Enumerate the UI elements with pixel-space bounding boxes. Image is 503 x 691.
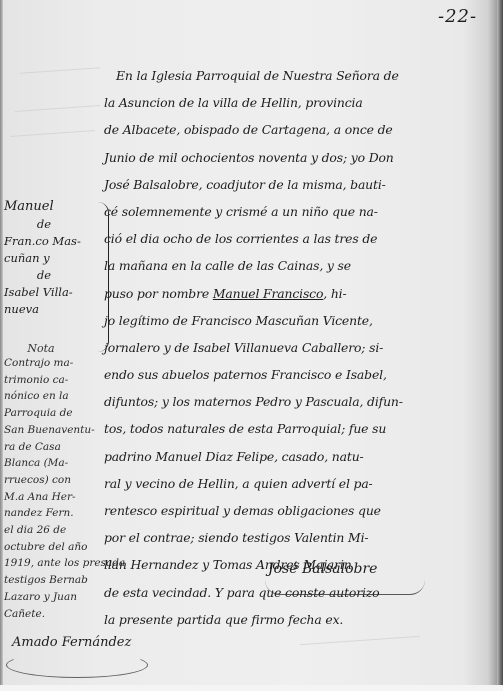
margin-note-line: testigos Bernab — [4, 572, 108, 589]
ink-bleed-through — [300, 636, 420, 645]
margin-note-line: Contrajo ma- — [4, 355, 108, 372]
page-number: -22- — [438, 6, 477, 27]
ink-bleed-through — [15, 105, 100, 112]
body-line: rentesco espiritual y demas obligaciones… — [104, 497, 496, 524]
margin-note-line: San Buenaventu- — [4, 422, 108, 439]
body-line: de Albacete, obispado de Cartagena, a on… — [104, 116, 496, 143]
margin-heading-line: cuñan y — [4, 250, 104, 267]
margin-note-line: Blanca (Ma- — [4, 455, 108, 472]
body-line: ral y vecino de Hellin, a quien advertí … — [104, 470, 496, 497]
note-signature: Amado Fernández — [12, 635, 131, 650]
margin-note-line: rruecos) con — [4, 472, 108, 489]
margin-heading-line: Isabel Villa- — [4, 284, 104, 301]
margin-note-line: trimonio ca- — [4, 372, 108, 389]
margin-note-line: Cañete. — [4, 606, 108, 623]
margin-heading: Manuel de Fran.co Mas- cuñan y de Isabel… — [4, 198, 104, 318]
body-line: la Asuncion de la villa de Hellin, provi… — [104, 89, 496, 116]
page-bottom-strip — [0, 685, 503, 691]
body-line: jo legítimo de Francisco Mascuñan Vicent… — [104, 307, 496, 334]
body-line: la mañana en la calle de las Cainas, y s… — [104, 252, 496, 279]
margin-note-line: el dia 26 de — [4, 522, 108, 539]
signature-flourish — [265, 580, 425, 595]
baptismal-name: Manuel Francisco — [213, 286, 323, 301]
margin-note-title: Nota — [4, 342, 108, 355]
note-signature-flourish — [6, 652, 148, 678]
body-line: padrino Manuel Diaz Felipe, casado, natu… — [104, 443, 496, 470]
ink-bleed-through — [10, 130, 95, 137]
margin-bracket — [98, 202, 109, 352]
body-line: jornalero y de Isabel Villanueva Caballe… — [104, 334, 496, 361]
body-line: la presente partida que firmo fecha ex. — [104, 606, 496, 633]
body-line: José Balsalobre, coadjutor de la misma, … — [104, 171, 496, 198]
body-line: difuntos; y los maternos Pedro y Pascual… — [104, 388, 496, 415]
margin-note-line: nandez Fern. — [4, 505, 108, 522]
body-line: ció el dia ocho de los corrientes a las … — [104, 225, 496, 252]
margin-note-line: 1919, ante los presada — [4, 555, 108, 572]
margin-note-line: Lazaro y Juan — [4, 589, 108, 606]
body-line: por el contrae; siendo testigos Valentin… — [104, 524, 496, 551]
register-page: -22- En la Iglesia Parroquial de Nuestra… — [0, 0, 503, 691]
page-left-edge — [0, 0, 3, 691]
page-binding-edge — [497, 0, 503, 691]
margin-note-line: Parroquia de — [4, 405, 108, 422]
ink-bleed-through — [20, 67, 100, 74]
body-line: cé solemnemente y crismé a un niño que n… — [104, 198, 496, 225]
margin-note: Nota Contrajo ma- trimonio ca- nónico en… — [4, 342, 108, 622]
body-line: tos, todos naturales de esta Parroquial;… — [104, 415, 496, 442]
margin-heading-line: Manuel — [4, 198, 104, 216]
body-line: Junio de mil ochocientos noventa y dos; … — [104, 144, 496, 171]
priest-signature: José Balsalobre — [268, 561, 377, 577]
margin-heading-line: nueva — [4, 301, 104, 318]
body-line: endo sus abuelos paternos Francisco e Is… — [104, 361, 496, 388]
body-line: En la Iglesia Parroquial de Nuestra Seño… — [104, 62, 496, 89]
margin-heading-line: Fran.co Mas- — [4, 233, 104, 250]
body-line-baptismal-name: puso por nombre Manuel Francisco, hi- — [104, 280, 496, 307]
margin-note-line: ra de Casa — [4, 439, 108, 456]
record-body: En la Iglesia Parroquial de Nuestra Seño… — [104, 62, 496, 633]
margin-note-line: octubre del año — [4, 539, 108, 556]
margin-heading-line: de — [4, 267, 104, 284]
margin-note-line: nónico en la — [4, 388, 108, 405]
margin-heading-line: de — [4, 216, 104, 233]
margin-note-line: M.a Ana Her- — [4, 489, 108, 506]
